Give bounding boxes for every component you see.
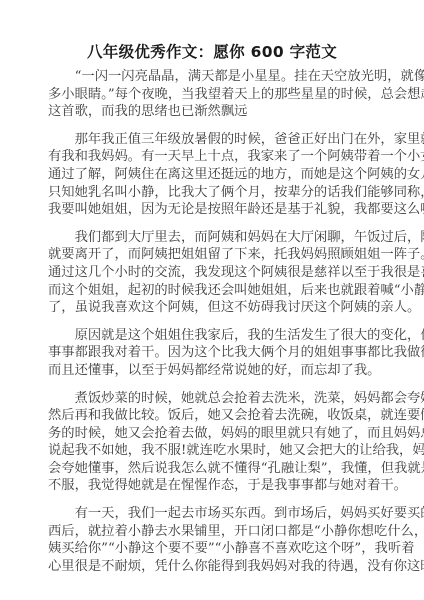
text-line: 而且还懂事，以至于妈妈都经常说她的好，而忘却了我。 <box>48 362 368 380</box>
text-line: 有我和我妈妈。有一天早上十点，我家来了一个阿姨带着一个小女孩 <box>48 148 368 166</box>
text-line: 务的时候，她又会抢着去做，妈妈的眼里就只有她了，而且妈妈总会 <box>48 425 368 443</box>
document-title: 八年级优秀作文：愿你 600 字范文 <box>0 40 424 62</box>
text-line: 西后，就拉着小静去水果铺里，开口闭口都是“小静你想吃什么，阿 <box>48 523 368 541</box>
text-line: 通过这几个小时的交流，我发现这个阿姨很是慈祥以至于我很是喜欢 <box>48 264 368 282</box>
text-line: 心里很是不耐烦，凭什么你能得到我妈妈对我的待遇，没有你这时候 <box>48 558 368 576</box>
paragraph-3: 我们都到大厅里去，而阿姨和妈妈在大厅闲聊，午饭过后，阿姨 就要离开了，而阿姨把姐… <box>48 229 368 317</box>
text-line: 然后再和我做比较。饭后，她又会抢着去洗碗，收饭桌，就连要做家 <box>48 407 368 425</box>
text-line: 只知她乳名叫小静，比我大了俩个月，按辈分的话我们能够同称，但 <box>48 184 368 202</box>
document-page: 八年级优秀作文：愿你 600 字范文 “一闪一闪亮晶晶，满天都是小星星。挂在天空… <box>0 0 424 600</box>
text-line: 煮饭炒菜的时候，她就总会抢着去洗米，洗菜，妈妈都会夸她， <box>48 390 368 408</box>
text-line: “一闪一闪亮晶晶，满天都是小星星。挂在天空放光明，就像很 <box>48 68 368 86</box>
text-line: 通过了解，阿姨住在离这里还挺远的地方，而她是这个阿姨的女儿， <box>48 166 368 184</box>
text-line: 而这个姐姐，起初的时候我还会叫她姐姐，后来也就跟着喊“小静” <box>48 282 368 300</box>
text-line: 原因就是这个姐姐住我家后，我的生活发生了很大的变化，仿佛 <box>48 327 368 345</box>
text-line: 不服，我觉得她就是在惺惺作态，于是我事事都与她对着干。 <box>48 477 368 495</box>
text-line: 我要叫她姐姐，因为无论是按照年龄还是基于礼貌，我都要这么喊她 <box>48 201 368 219</box>
text-line: 了，虽说我喜欢这个阿姨，但这不妨碍我讨厌这个阿姨的亲人。 <box>48 299 368 317</box>
text-line: 那年我正值三年级放暑假的时候，爸爸正好出门在外，家里就只 <box>48 131 368 149</box>
text-line: 事事都跟我对着干。因为这个比我大俩个月的姐姐事事都比我做得好 <box>48 344 368 362</box>
text-line: 我们都到大厅里去，而阿姨和妈妈在大厅闲聊，午饭过后，阿姨 <box>48 229 368 247</box>
text-line: 姨买给你”“小静这个要不要”“小静喜不喜欢吃这个呀”，我听着 <box>48 540 368 558</box>
paragraph-5: 煮饭炒菜的时候，她就总会抢着去洗米，洗菜，妈妈都会夸她， 然后再和我做比较。饭后… <box>48 390 368 496</box>
text-line: 就要离开了，而阿姨把姐姐留了下来，托我妈妈照顾姐姐一阵子。而 <box>48 246 368 264</box>
paragraph-6: 有一天，我们一起去市场买东西。到市场后，妈妈买好要买的东 西后，就拉着小静去水果… <box>48 505 368 575</box>
paragraph-1: “一闪一闪亮晶晶，满天都是小星星。挂在天空放光明，就像很 多小眼睛。”每个夜晚，… <box>48 68 368 121</box>
paragraph-4: 原因就是这个姐姐住我家后，我的生活发生了很大的变化，仿佛 事事都跟我对着干。因为… <box>48 327 368 380</box>
text-line: 说起我不如她，我不服!就连吃水果时，她又会把大的让给我，妈妈又 <box>48 442 368 460</box>
text-line: 会夸她懂事，然后说我怎么就不懂得“孔融让梨”，我懂，但我就是 <box>48 460 368 478</box>
text-line: 有一天，我们一起去市场买东西。到市场后，妈妈买好要买的东 <box>48 505 368 523</box>
paragraph-2: 那年我正值三年级放暑假的时候，爸爸正好出门在外，家里就只 有我和我妈妈。有一天早… <box>48 131 368 219</box>
text-line: 多小眼睛。”每个夜晚，当我望着天上的那些星星的时候，总会想起 <box>48 86 368 104</box>
document-body: “一闪一闪亮晶晶，满天都是小星星。挂在天空放光明，就像很 多小眼睛。”每个夜晚，… <box>48 68 368 585</box>
text-line: 这首歌，而我的思绪也已渐然飘远 <box>48 103 368 121</box>
